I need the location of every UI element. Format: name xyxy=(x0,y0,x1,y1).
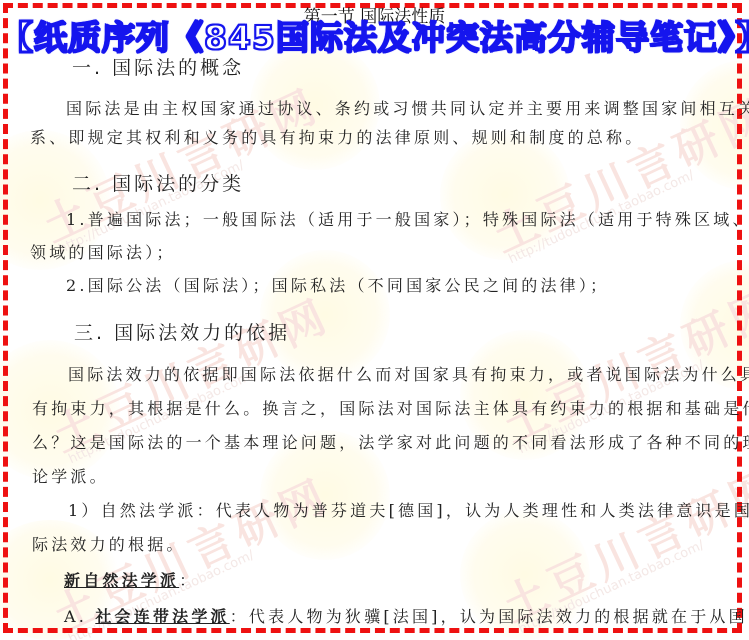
title-banner: 【纸质序列《845国际法及冲突法高分辅导笔记》】 xyxy=(0,12,749,59)
list-item-label: 社会连带法学派 xyxy=(95,607,229,626)
heading-classification: 二. 国际法的分类 xyxy=(72,169,244,196)
heading-concept: 一. 国际法的概念 xyxy=(72,53,244,80)
paragraph-line: 论学派。 xyxy=(32,464,109,487)
list-item-text: ：代表人物为狄骥[法国]，认为国际法效力的根据就在于从国 xyxy=(230,607,748,626)
heading-basis-of-validity: 三. 国际法效力的依据 xyxy=(74,318,290,345)
paragraph-line: 领域的国际法）； xyxy=(30,240,176,263)
paragraph-line: 有拘束力，其根据是什么。换言之，国际法对国际法主体具有约束力的根据和基础是什 xyxy=(32,396,749,419)
list-item-a: A. 社会连带法学派：代表人物为狄骥[法国]，认为国际法效力的根据就在于从国 xyxy=(64,604,748,627)
subheading-neo-natural-law: 新自然法学派： xyxy=(64,568,198,591)
paragraph-line: 么？这是国际法的一个基本理论问题，法学家对此问题的不同看法形成了各种不同的理 xyxy=(32,430,749,453)
paragraph-line: 1.普遍国际法；一般国际法（适用于一般国家）；特殊国际法（适用于特殊区域、 xyxy=(66,207,749,230)
paragraph-line: 1）自然法学派：代表人物为普芬道夫[德国]，认为人类理性和人类法律意识是国 xyxy=(68,498,749,521)
list-item-marker: A. xyxy=(64,607,95,626)
paragraph-line: 国际法效力的依据即国际法依据什么而对国家具有拘束力，或者说国际法为什么具 xyxy=(68,362,749,385)
subheading-colon: ： xyxy=(179,571,198,590)
paragraph-line: 系、即规定其权利和义务的具有拘束力的法律原则、规则和制度的总称。 xyxy=(30,125,644,148)
paragraph-line: 2.国际公法（国际法）；国际私法（不同国家公民之间的法律）； xyxy=(66,273,609,296)
paragraph-line: 际法效力的根据。 xyxy=(32,532,186,555)
subheading-label: 新自然法学派 xyxy=(64,571,179,590)
paragraph-line: 国际法是由主权国家通过协议、条约或习惯共同认定并主要用来调整国家间相互关 xyxy=(66,96,749,119)
